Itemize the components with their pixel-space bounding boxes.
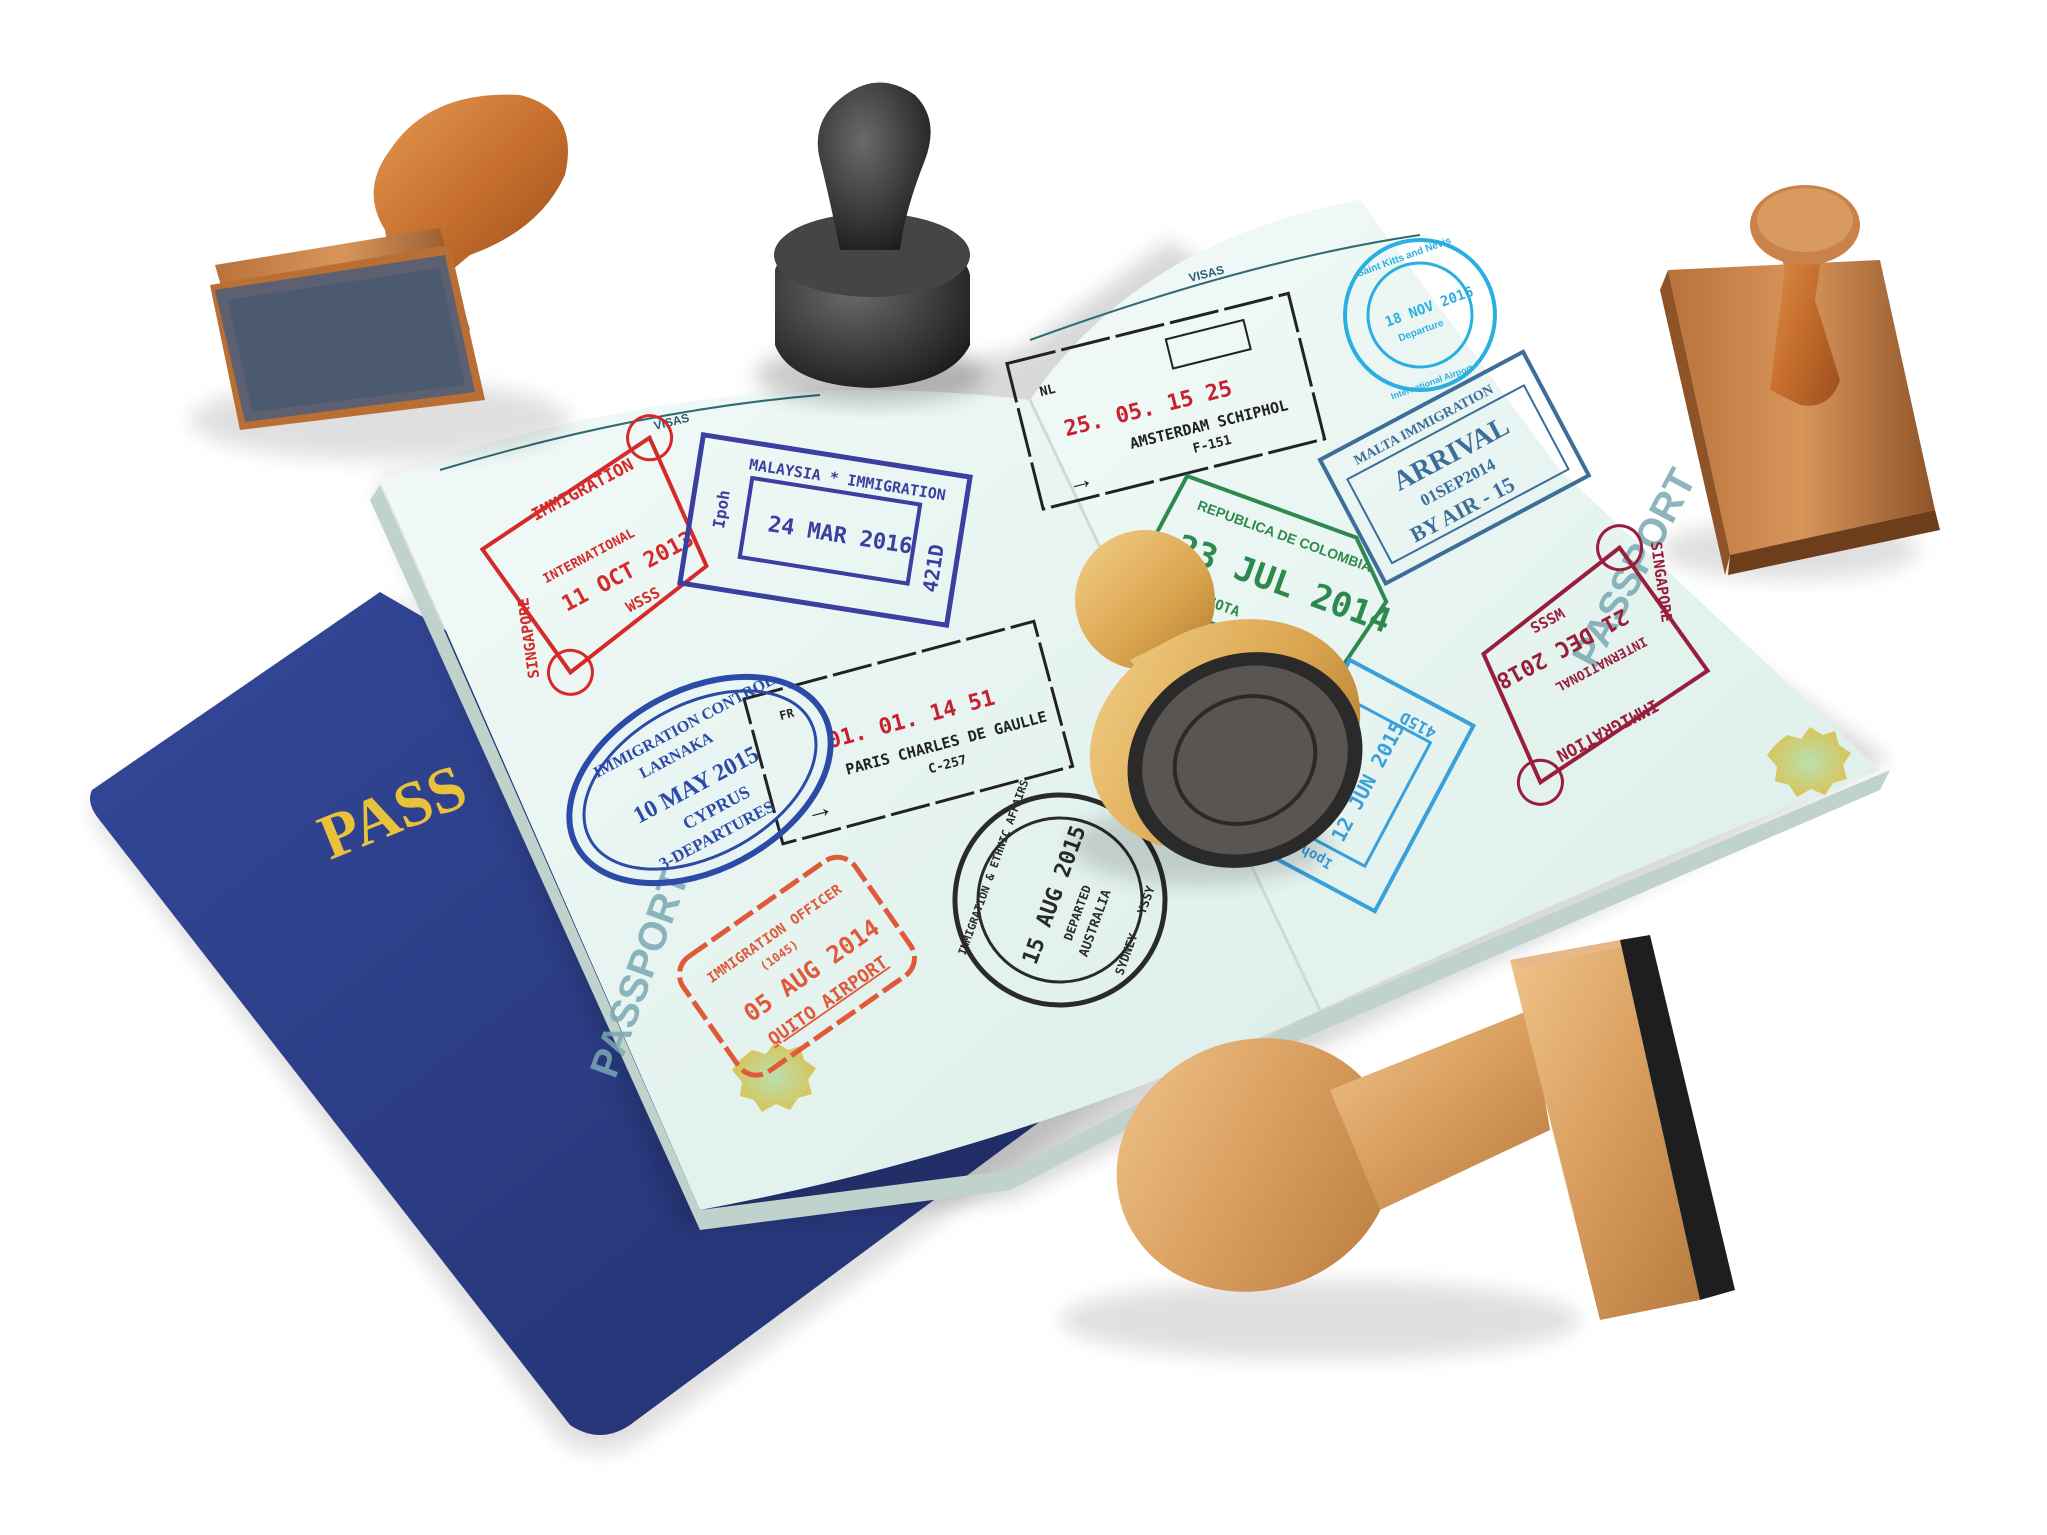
wooden-rectangular-stamp-top-left [190, 95, 570, 460]
passport-scene: PASS VISAS VISAS PASSPORT PASSPORT IMMIG… [0, 0, 2047, 1535]
wooden-rectangular-stamp-right [1660, 185, 1940, 580]
black-round-stamp-top-center [755, 83, 985, 406]
scene-illustration: PASS VISAS VISAS PASSPORT PASSPORT IMMIG… [0, 0, 2047, 1535]
